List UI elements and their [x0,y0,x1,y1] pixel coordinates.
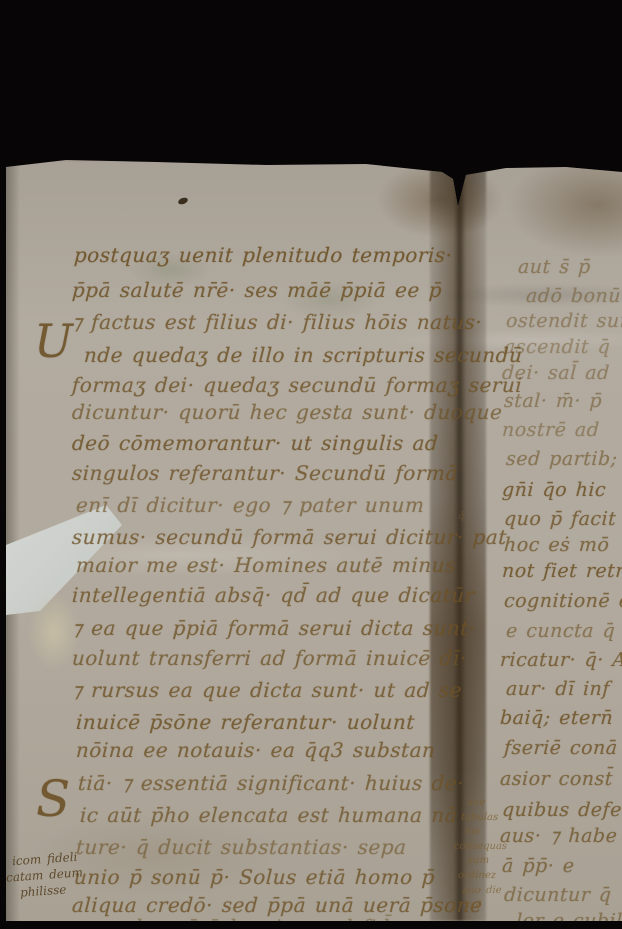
margin-note-line: icom fideli [12,851,78,868]
parchment-sheet: postquaʒ uenit plenitudo temporis·p̄pā s… [6,155,622,921]
margin-note-line: philisse [20,883,67,898]
margin-note-line: catam deum [6,866,84,883]
manuscript-photo: postquaʒ uenit plenitudo temporis·p̄pā s… [0,0,622,929]
bottom-left-marginalia: icom fidelicatam deumphilisse [6,155,622,921]
